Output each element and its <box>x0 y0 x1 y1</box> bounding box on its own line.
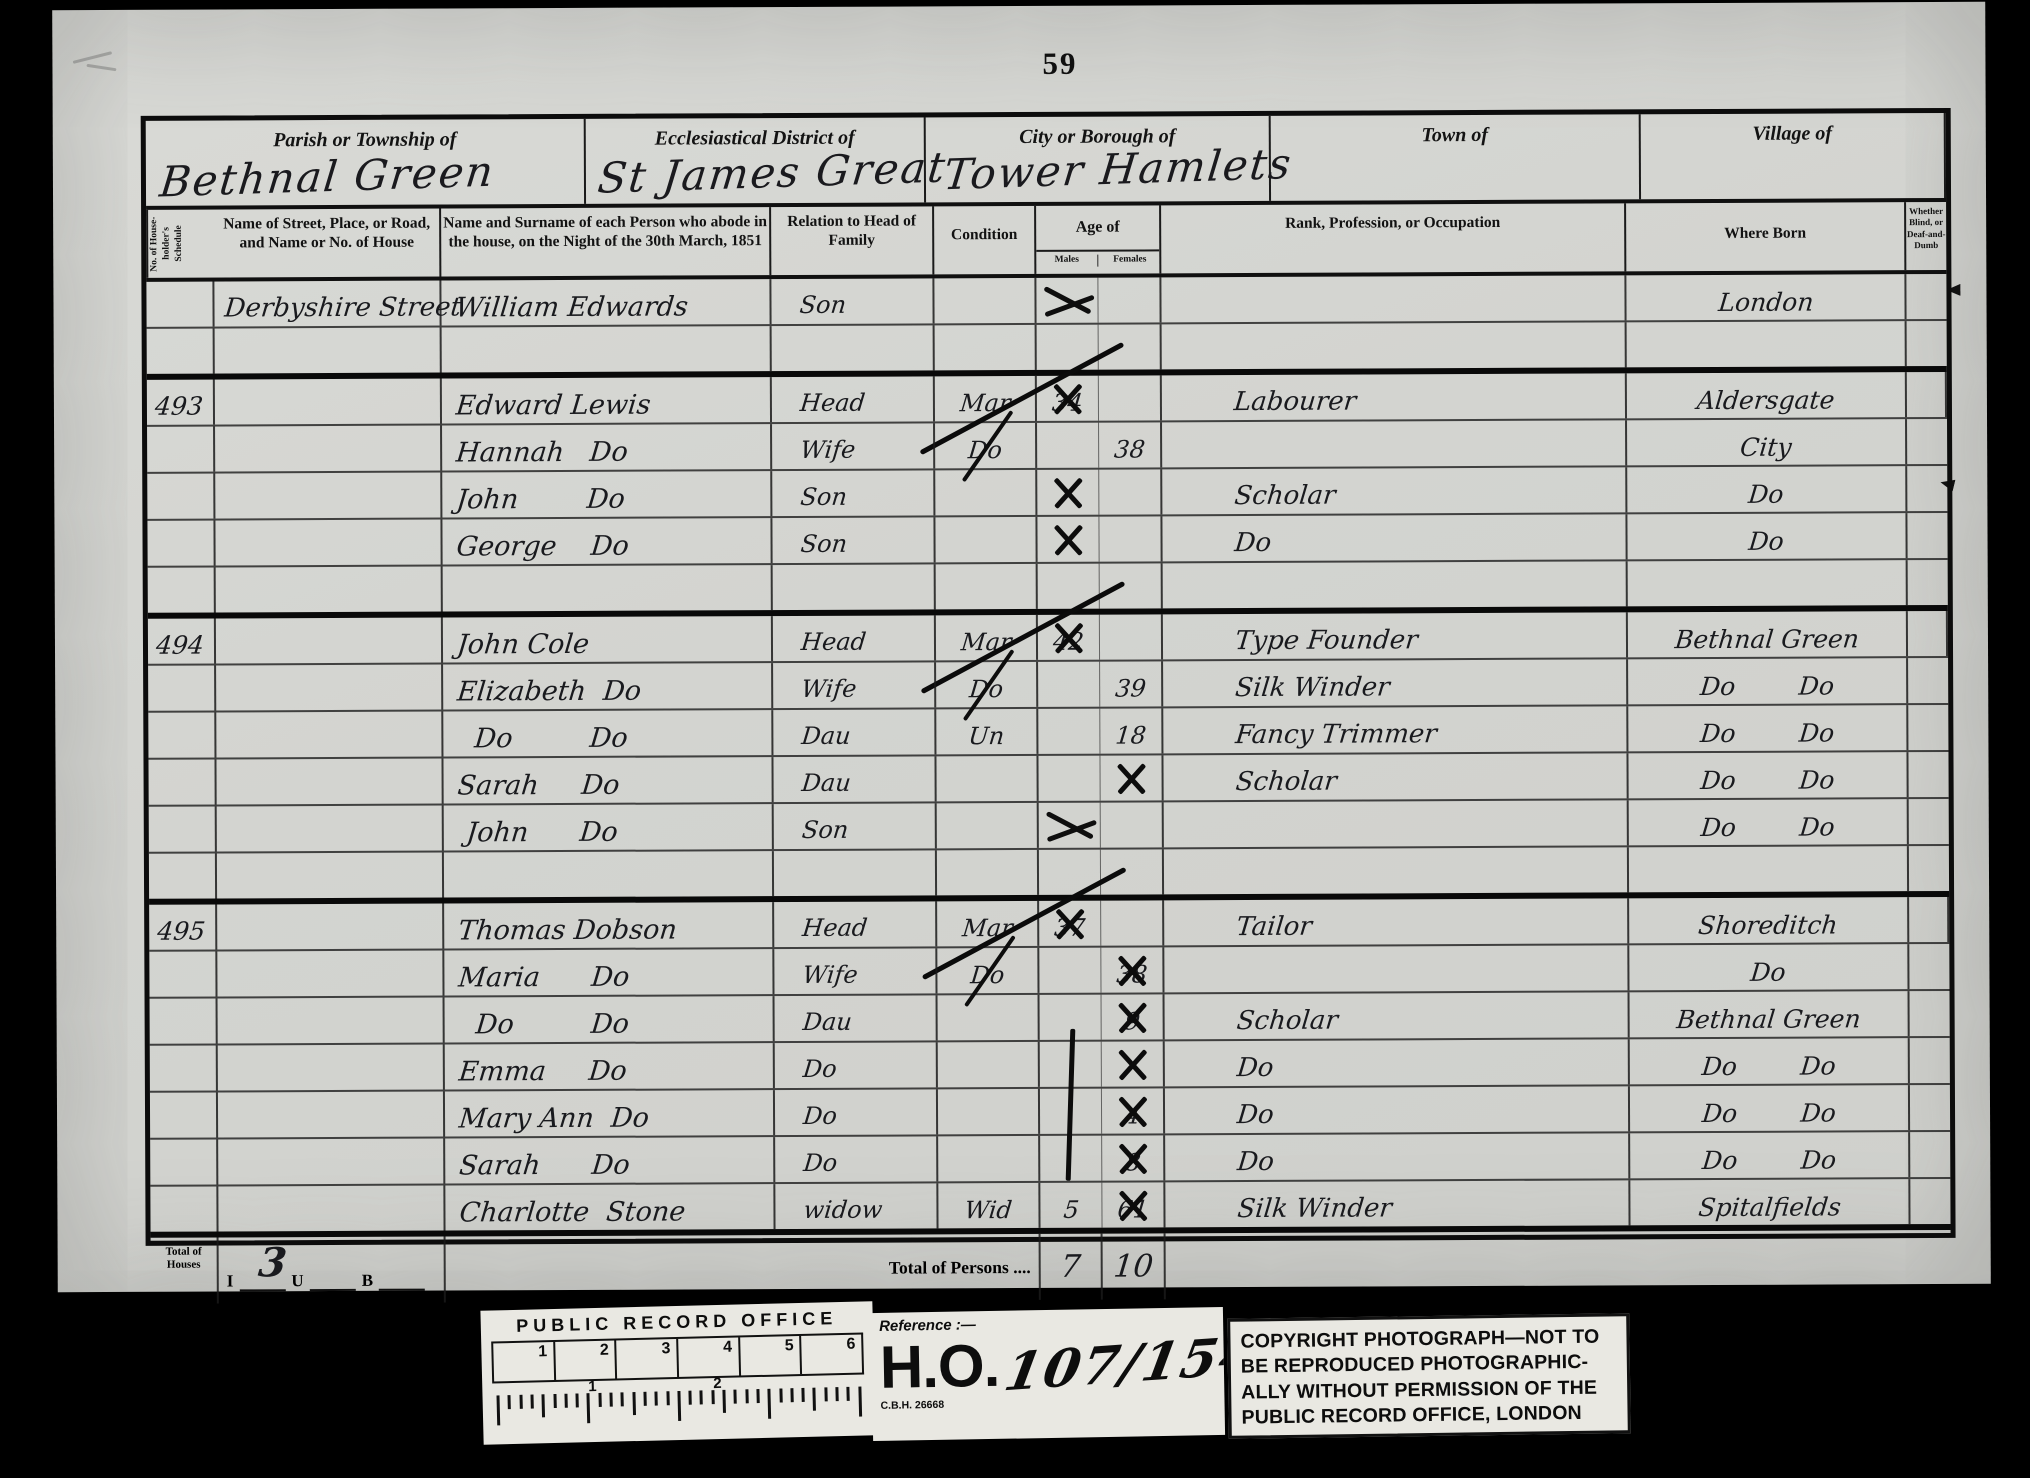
cell-person-name: Hannah Do <box>442 424 772 470</box>
cell-relation: Do <box>775 1042 938 1088</box>
cell-age-female <box>1098 277 1161 322</box>
cell-person-name: John Do <box>442 471 772 517</box>
ruler-tick <box>598 1393 601 1407</box>
cell-occupation-text: Scholar <box>1161 481 1337 515</box>
cell-age-male <box>1038 756 1100 801</box>
cell-where-born-text: Do Do <box>1700 1051 1837 1084</box>
cell-age-female <box>1102 1041 1165 1086</box>
ruler-tick <box>813 1388 817 1411</box>
cell-condition: Do <box>935 423 1037 468</box>
cell-relation: Dau <box>773 756 936 802</box>
ruler-tick <box>643 1392 646 1406</box>
cell-schedule-no <box>147 521 215 566</box>
cell-age-male <box>1039 948 1101 993</box>
cell-age-male <box>1038 662 1100 707</box>
cell-relation-text: Do <box>773 1055 838 1088</box>
cell-condition <box>935 325 1037 370</box>
cell-occupation: Do <box>1165 1039 1630 1086</box>
cell-relation-text: Dau <box>772 769 852 802</box>
cell-blind <box>1908 658 1948 703</box>
cell-age-female <box>1100 614 1163 659</box>
ruler-tick <box>745 1389 748 1403</box>
cell-occupation-text: Do <box>1163 1053 1275 1086</box>
cell-person-name: Sarah Do <box>443 757 773 803</box>
cm-box: 5 <box>738 1336 801 1375</box>
cell-relation-text: Wife <box>773 961 859 994</box>
cell-where-born-text: Do <box>1749 958 1787 990</box>
cell-where-born-text: Shoreditch <box>1697 910 1839 943</box>
cell-where-born: Do <box>1627 513 1907 559</box>
cell-schedule-no: 494 <box>148 619 216 664</box>
cell-relation-text: Dau <box>772 722 852 755</box>
ruler-tick <box>677 1391 681 1421</box>
cell-street <box>218 1139 445 1185</box>
cell-relation-text: widow <box>774 1196 884 1229</box>
cell-schedule-no <box>146 282 214 327</box>
cell-person-name-text: John Do <box>441 484 627 518</box>
ruler-tick <box>564 1394 567 1408</box>
pencil-scribble <box>70 48 140 82</box>
cell-where-born-text: Do <box>1747 480 1785 512</box>
census-row: Emma DoDoDoDo Do <box>150 1038 1950 1093</box>
cell-occupation: Silk Winder <box>1165 1180 1630 1227</box>
cell-occupation-text: Do <box>1163 1100 1275 1133</box>
cell-condition <box>935 470 1037 515</box>
cell-age-female: 4 <box>1102 1088 1165 1133</box>
cell-where-born: Shoreditch <box>1629 897 1909 943</box>
cell-relation <box>774 850 937 896</box>
ruler-tick <box>734 1390 737 1404</box>
cell-occupation: Silk Winder <box>1163 659 1628 706</box>
cell-condition-text: Un <box>967 722 1006 754</box>
cell-age-female <box>1100 755 1163 800</box>
cell-occupation-text: Silk Winder <box>1164 1193 1394 1227</box>
cell-person-name-text: Elizabeth Do <box>442 676 643 710</box>
ruler-tick <box>768 1389 772 1419</box>
cell-relation: Son <box>772 470 935 516</box>
ruler-tick <box>801 1388 804 1402</box>
cell-person-name: Charlotte Stone <box>445 1184 775 1230</box>
census-row <box>149 846 1949 905</box>
cell-street <box>215 473 442 519</box>
cell-relation: Head <box>772 376 935 422</box>
ruler-tick <box>689 1391 692 1405</box>
ecclesiastical-label: Ecclesiastical District of <box>655 127 855 150</box>
ecclesiastical-header: Ecclesiastical District of <box>586 117 926 203</box>
cell-blind <box>1907 419 1947 464</box>
cell-schedule-no <box>150 1093 218 1138</box>
cell-age-male <box>1039 803 1101 848</box>
census-row: John DoSonScholarDo <box>147 466 1947 521</box>
cell-street <box>217 853 444 899</box>
city-borough-header: City or Borough of <box>926 116 1271 203</box>
cell-street-text: Derbyshire Street <box>213 292 463 326</box>
reference-prefix: H.O. <box>879 1338 999 1394</box>
cell-age-female <box>1101 849 1164 894</box>
cell-occupation-text: Silk Winder <box>1162 672 1392 706</box>
cell-person-name: John Do <box>444 804 774 850</box>
cell-age-female <box>1099 375 1162 420</box>
cell-occupation-text: Tailor <box>1163 912 1314 946</box>
cell-street <box>215 520 442 566</box>
cell-where-born-text: Bethnal Green <box>1673 624 1860 657</box>
cell-person-name-text: Sarah Do <box>444 1150 632 1184</box>
census-row: Do DoDau9ScholarBethnal Green <box>150 991 1950 1046</box>
inch-label: 1 <box>588 1378 597 1395</box>
cell-relation-text: Do <box>773 1102 838 1135</box>
cell-occupation: Scholar <box>1165 992 1630 1039</box>
cell-occupation <box>1162 322 1627 369</box>
cm-box: 4 <box>676 1338 739 1377</box>
census-row: Sarah DoDo8DoDo Do <box>150 1132 1950 1187</box>
cell-schedule-no <box>149 807 217 852</box>
cell-age-female-text: 38 <box>1113 435 1147 467</box>
cell-person-name: John Cole <box>443 616 773 662</box>
cell-schedule-no <box>150 1140 218 1185</box>
cell-blind <box>1909 897 1949 942</box>
cell-condition: Wid <box>938 1183 1040 1228</box>
cell-occupation-text: Scholar <box>1162 767 1338 801</box>
cell-condition <box>938 1089 1040 1134</box>
cell-where-born: Spitalfields <box>1630 1179 1910 1225</box>
cell-age-female <box>1101 802 1164 847</box>
cell-blind <box>1909 944 1949 989</box>
cell-person-name-text: Edward Lewis <box>440 390 652 424</box>
cell-where-born-text: London <box>1716 288 1814 320</box>
ruler-tick <box>621 1392 624 1406</box>
village-label: Village of <box>1752 122 1832 144</box>
cell-street <box>217 951 444 997</box>
cell-occupation: Scholar <box>1162 467 1627 514</box>
cell-street <box>216 665 443 711</box>
pro-ruler-stamp: PUBLIC RECORD OFFICE 123456 12 <box>480 1301 875 1445</box>
cell-person-name <box>443 565 773 611</box>
uninhabited-label: U <box>291 1271 303 1291</box>
cell-person-name: Maria Do <box>444 949 774 995</box>
census-row: Derbyshire StreetWilliam EdwardsSonLondo… <box>146 274 1946 329</box>
cell-where-born: Do Do <box>1629 799 1909 845</box>
cell-where-born-text: Do <box>1747 527 1785 559</box>
cell-relation: Dau <box>775 995 938 1041</box>
cell-age-male <box>1036 278 1098 323</box>
cell-blind <box>1909 846 1949 891</box>
cell-schedule-no: 495 <box>149 905 217 950</box>
cell-blind <box>1910 1038 1950 1083</box>
cell-age-female: 61 <box>1102 1182 1165 1227</box>
cell-condition: Do <box>936 662 1038 707</box>
census-row: Charlotte StonewidowWid561Silk WinderSpi… <box>150 1179 1950 1238</box>
cell-person-name-text: Hannah Do <box>440 437 629 471</box>
col-street: Name of Street, Place, or Road, and Name… <box>214 209 441 278</box>
cell-where-born-text: City <box>1739 433 1794 465</box>
cell-relation: widow <box>775 1183 938 1229</box>
cell-person-name: William Edwards <box>441 279 771 325</box>
cell-occupation-text: Do <box>1164 1147 1276 1180</box>
ruler-tick <box>530 1395 533 1409</box>
cell-schedule-no-text: 494 <box>146 631 205 664</box>
total-houses-label: Total of Houses <box>151 1238 219 1304</box>
cell-blind <box>1908 752 1948 797</box>
cell-where-born: Do <box>1629 944 1909 990</box>
cell-where-born: Aldersgate <box>1627 372 1907 418</box>
cell-blind <box>1907 513 1947 558</box>
cell-relation <box>772 325 935 371</box>
cell-relation: Wife <box>773 662 936 708</box>
census-row: Do DoDauUn18Fancy TrimmerDo Do <box>148 705 1948 760</box>
cell-where-born <box>1629 846 1909 892</box>
cm-box: 6 <box>799 1335 862 1374</box>
cell-relation-text: Head <box>770 389 866 422</box>
cell-street <box>215 426 442 472</box>
ruler-tick <box>508 1395 511 1409</box>
cell-street <box>217 904 444 950</box>
cell-age-female <box>1100 563 1163 608</box>
cell-occupation: Do <box>1165 1133 1630 1180</box>
cell-schedule-no <box>148 666 216 711</box>
cell-relation-text: Head <box>771 628 867 661</box>
cell-age-male-text: 5 <box>1062 1196 1081 1228</box>
cell-age-female: 39 <box>1100 661 1163 706</box>
cell-street <box>218 1186 445 1232</box>
copyright-line: PUBLIC RECORD OFFICE, LONDON <box>1241 1400 1617 1431</box>
cell-relation-text: Son <box>771 483 849 516</box>
cell-age-male <box>1037 423 1099 468</box>
cell-occupation: Scholar <box>1163 753 1628 800</box>
cell-where-born: City <box>1627 419 1907 465</box>
cell-relation-text: Dau <box>773 1008 853 1041</box>
cell-where-born: Do Do <box>1630 1085 1910 1131</box>
cell-occupation-text: Labourer <box>1160 387 1357 421</box>
col-name: Name and Surname of each Person who abod… <box>441 207 771 276</box>
cell-where-born-text: Do Do <box>1701 1098 1838 1131</box>
cell-person-name-text: Emma Do <box>443 1056 628 1090</box>
cell-schedule-no <box>148 568 216 613</box>
cell-where-born: Bethnal Green <box>1628 611 1908 657</box>
cell-condition <box>936 564 1038 609</box>
building-label: B <box>362 1271 373 1291</box>
census-row: Hannah DoWifeDo38City <box>147 419 1947 474</box>
cell-condition <box>938 1136 1040 1181</box>
cell-age-male-text: 42 <box>1052 628 1086 660</box>
cell-relation-text: Wife <box>770 436 856 469</box>
cell-occupation: Do <box>1162 514 1627 561</box>
reference-number: 107/1541 <box>1000 1322 1225 1403</box>
cell-schedule-no: 493 <box>147 380 215 425</box>
cell-blind <box>1910 1085 1950 1130</box>
cell-occupation <box>1162 420 1627 467</box>
cell-blind <box>1910 991 1950 1036</box>
cell-person-name: Elizabeth Do <box>443 663 773 709</box>
cell-where-born-text: Aldersgate <box>1696 385 1837 418</box>
cell-relation: Wife <box>774 948 937 994</box>
copyright-stamp: COPYRIGHT PHOTOGRAPH—NOT TOBE REPRODUCED… <box>1227 1313 1631 1439</box>
ruler-tick <box>655 1392 658 1406</box>
cell-blind <box>1910 1132 1950 1177</box>
cell-condition <box>937 850 1039 895</box>
cell-person-name-text: Mary Ann Do <box>443 1103 650 1137</box>
cell-occupation <box>1163 561 1628 608</box>
cell-person-name-text: Sarah Do <box>442 770 621 804</box>
col-relation: Relation to Head of Family <box>771 206 934 275</box>
cell-schedule-no-text: 493 <box>145 392 204 425</box>
census-row: 494John ColeHeadMar42Type FounderBethnal… <box>148 611 1948 666</box>
cell-where-born <box>1628 560 1908 606</box>
cm-box: 2 <box>553 1341 616 1380</box>
page-number: 59 <box>1042 46 1077 82</box>
cell-schedule-no <box>148 713 216 758</box>
cell-person-name <box>442 326 772 372</box>
scan-background: 59 Parish or Township of Ecclesiastical … <box>0 0 2030 1478</box>
col-age-females: Females <box>1098 254 1161 266</box>
col-condition: Condition <box>934 206 1036 274</box>
totals-blank <box>1166 1230 1951 1299</box>
cm-box: 1 <box>491 1342 554 1381</box>
totals-row: Total of Houses I U B 3 Total of Persons… <box>151 1230 1951 1304</box>
town-label: Town of <box>1421 124 1488 146</box>
cell-schedule-no <box>150 1046 218 1091</box>
parish-label: Parish or Township of <box>273 128 456 151</box>
ruler-tick <box>496 1395 500 1425</box>
census-table: Parish or Township of Ecclesiastical Dis… <box>141 108 1956 1246</box>
cell-age-male-text: 37 <box>1053 914 1087 946</box>
cell-person-name: George Do <box>442 518 772 564</box>
cell-occupation <box>1164 945 1629 992</box>
cell-schedule-no <box>147 329 215 374</box>
ruler-tick <box>587 1393 591 1423</box>
cell-blind <box>1906 274 1946 319</box>
cell-relation: Wife <box>772 423 935 469</box>
district-header: Parish or Township of Ecclesiastical Dis… <box>146 113 1946 210</box>
ruler-tick <box>609 1393 612 1407</box>
cm-box: 3 <box>615 1339 678 1378</box>
ruler-tick <box>779 1388 782 1402</box>
census-row: Elizabeth DoWifeDo39Silk WinderDo Do <box>148 658 1948 713</box>
cell-age-female: 18 <box>1100 708 1163 753</box>
cell-blind <box>1907 372 1947 417</box>
census-row <box>148 560 1948 619</box>
cell-street <box>217 806 444 852</box>
cell-occupation: Labourer <box>1162 373 1627 420</box>
cell-schedule-no <box>150 1187 218 1232</box>
cell-age-female: 38 <box>1101 947 1164 992</box>
cell-occupation: Tailor <box>1164 898 1629 945</box>
cell-relation-text: Son <box>772 816 850 849</box>
cell-relation <box>773 564 936 610</box>
cell-age-female-text: 39 <box>1114 674 1148 706</box>
total-persons-label: Total of Persons .... <box>446 1234 1041 1303</box>
cell-person-name-text: George Do <box>441 531 631 565</box>
cell-street <box>216 712 443 758</box>
cell-schedule-no-text: 495 <box>148 917 207 950</box>
cell-relation: Son <box>772 517 935 563</box>
cell-age-female: 8 <box>1102 1135 1165 1180</box>
col-blind: Whether Blind, or Deaf-and-Dumb <box>1906 202 1946 270</box>
cell-where-born: Do Do <box>1628 705 1908 751</box>
cell-occupation-text: Scholar <box>1163 1006 1339 1040</box>
cell-schedule-no <box>149 952 217 997</box>
ruler-tick <box>576 1393 579 1407</box>
cell-schedule-no <box>149 854 217 899</box>
cell-age-female-text: 18 <box>1114 721 1148 753</box>
cell-occupation: Type Founder <box>1163 612 1628 659</box>
cell-schedule-no <box>147 427 215 472</box>
census-row <box>147 321 1947 380</box>
cell-age-male <box>1037 470 1099 515</box>
ruler-tick <box>824 1387 827 1401</box>
col-where-born: Where Born <box>1626 202 1906 271</box>
cell-where-born-text: Do Do <box>1699 765 1836 798</box>
cell-age-female: 38 <box>1099 422 1162 467</box>
census-row: 493Edward LewisHeadMar34LabourerAldersga… <box>147 372 1947 427</box>
ruler-tick <box>858 1387 862 1417</box>
cell-person-name-text: Maria Do <box>443 962 631 996</box>
cell-where-born-text: Spitalfields <box>1697 1192 1843 1225</box>
cell-relation: Head <box>774 901 937 947</box>
total-females: 10 <box>1112 1248 1155 1284</box>
cell-blind <box>1907 321 1947 366</box>
houses-tally: I U B 3 <box>219 1237 446 1304</box>
cell-person-name: Do Do <box>445 996 775 1042</box>
town-header: Town of <box>1271 114 1641 201</box>
census-row: John DoSonDo Do <box>149 799 1949 854</box>
cell-blind <box>1909 799 1949 844</box>
cell-blind <box>1910 1179 1950 1224</box>
cell-relation: Do <box>775 1089 938 1135</box>
cell-age-female <box>1099 469 1162 514</box>
cell-person-name: Emma Do <box>445 1043 775 1089</box>
cell-person-name: Mary Ann Do <box>445 1090 775 1136</box>
ruler-tick <box>790 1388 793 1402</box>
col-age-males: Males <box>1036 255 1098 267</box>
cell-occupation <box>1164 800 1629 847</box>
ruler-tick <box>553 1394 556 1408</box>
cell-condition <box>938 1042 1040 1087</box>
col-schedule: No. of House-holder's Schedule <box>146 210 214 278</box>
census-row: Maria DoWifeDo38Do <box>149 944 1949 999</box>
cell-relation: Do <box>775 1136 938 1182</box>
ruler-tick <box>632 1392 636 1415</box>
inch-scale: 12 <box>492 1376 865 1427</box>
census-row: 495Thomas DobsonHeadMar37TailorShoreditc… <box>149 897 1949 952</box>
cell-occupation: Do <box>1165 1086 1630 1133</box>
cell-condition <box>934 278 1036 323</box>
cell-blind <box>1908 560 1948 605</box>
census-page: 59 Parish or Township of Ecclesiastical … <box>52 2 1991 1292</box>
cell-occupation <box>1164 847 1629 894</box>
cell-condition: Un <box>936 709 1038 754</box>
cell-relation-text: Head <box>773 914 869 947</box>
cell-person-name-text: John Cole <box>441 629 590 663</box>
ruler-tick <box>756 1389 759 1403</box>
cell-age-female: 9 <box>1102 994 1165 1039</box>
cell-age-male <box>1037 517 1099 562</box>
village-header: Village of <box>1641 113 1946 199</box>
cell-person-name: Do Do <box>443 710 773 756</box>
cell-age-female-text: 61 <box>1116 1195 1150 1227</box>
cell-street <box>216 759 443 805</box>
reference-stamp: Reference :— H.O. 107/1541 C.B.H. 26668 <box>871 1307 1225 1441</box>
col-occupation: Rank, Profession, or Occupation <box>1161 203 1626 273</box>
cell-person-name-text: Charlotte Stone <box>444 1196 687 1230</box>
cell-person-name-text: Thomas Dobson <box>443 914 679 948</box>
col-age-label: Age of <box>1036 211 1159 252</box>
cell-schedule-no <box>148 760 216 805</box>
cell-where-born: Do Do <box>1628 752 1908 798</box>
cell-where-born-text: Bethnal Green <box>1675 1004 1862 1037</box>
cm-scale: 123456 <box>491 1332 864 1383</box>
ruler-tick <box>519 1395 522 1409</box>
census-row: Mary Ann DoDo4DoDo Do <box>150 1085 1950 1140</box>
